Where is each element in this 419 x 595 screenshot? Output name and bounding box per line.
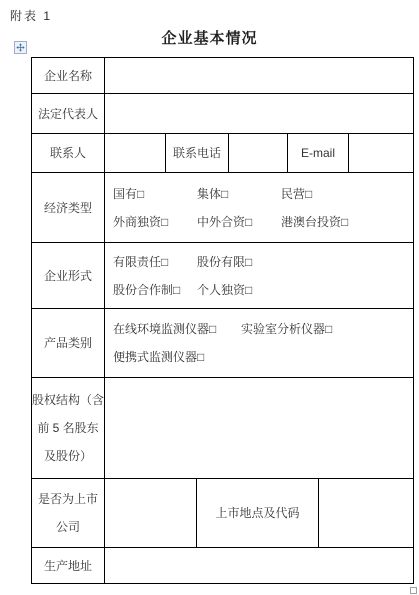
enterprise-form-option-checkbox[interactable]: 有限责任□	[113, 248, 197, 276]
listing-place-code-input-cell[interactable]	[319, 479, 414, 548]
economic-type-option-checkbox[interactable]: 港澳台投资□	[281, 215, 348, 229]
product-category-option-checkbox[interactable]: 实验室分析仪器□	[241, 322, 332, 336]
economic-type-option-checkbox[interactable]: 集体□	[197, 180, 281, 208]
legal-representative-label: 法定代表人	[32, 94, 105, 134]
economic-type-options-cell: 国有□集体□民营□ 外商独资□中外合资□港澳台投资□	[105, 173, 414, 243]
listing-place-code-label: 上市地点及代码	[197, 479, 319, 548]
equity-structure-label: 股权结构（含 前 5 名股东 及股份）	[32, 378, 105, 479]
document-page: 附表 1 企业基本情况 企业名称 法定代表人 联系人 联系电话 E-mail	[0, 0, 419, 595]
enterprise-form-option-checkbox[interactable]: 股份合作制□	[113, 276, 197, 304]
economic-type-options-line: 外商独资□中外合资□港澳台投资□	[113, 208, 413, 236]
economic-type-option-checkbox[interactable]: 外商独资□	[113, 208, 197, 236]
economic-type-option-checkbox[interactable]: 国有□	[113, 180, 197, 208]
table-row: 企业名称	[32, 58, 414, 94]
move-arrows-icon	[16, 43, 25, 52]
contact-phone-input-cell[interactable]	[229, 134, 288, 173]
enterprise-form-option-checkbox[interactable]: 个人独资□	[197, 283, 252, 297]
table-row: 产品类别 在线环境监测仪器□实验室分析仪器□ 便携式监测仪器□	[32, 309, 414, 378]
enterprise-form-label: 企业形式	[32, 243, 105, 309]
table-row: 法定代表人	[32, 94, 414, 134]
table-row: 是否为上市 公司 上市地点及代码	[32, 479, 414, 548]
appendix-label: 附表 1	[10, 7, 52, 24]
table-row: 生产地址	[32, 548, 414, 584]
table-move-handle[interactable]	[14, 41, 27, 54]
contact-person-input-cell[interactable]	[105, 134, 166, 173]
production-address-input-cell[interactable]	[105, 548, 414, 584]
economic-type-option-checkbox[interactable]: 中外合资□	[197, 208, 281, 236]
product-category-options-line: 在线环境监测仪器□实验室分析仪器□	[113, 315, 413, 343]
product-category-options-cell: 在线环境监测仪器□实验室分析仪器□ 便携式监测仪器□	[105, 309, 414, 378]
email-label: E-mail	[288, 134, 349, 173]
page-title: 企业基本情况	[0, 27, 419, 48]
table-row: 经济类型 国有□集体□民营□ 外商独资□中外合资□港澳台投资□	[32, 173, 414, 243]
product-category-options-line: 便携式监测仪器□	[113, 343, 413, 371]
email-input-cell[interactable]	[349, 134, 414, 173]
product-category-option-checkbox[interactable]: 便携式监测仪器□	[113, 350, 204, 364]
company-name-input-cell[interactable]	[105, 58, 414, 94]
enterprise-form-options-line: 股份合作制□个人独资□	[113, 276, 413, 304]
table-resize-handle[interactable]	[410, 587, 417, 594]
economic-type-options-line: 国有□集体□民营□	[113, 180, 413, 208]
economic-type-label: 经济类型	[32, 173, 105, 243]
product-category-label: 产品类别	[32, 309, 105, 378]
table-row: 股权结构（含 前 5 名股东 及股份）	[32, 378, 414, 479]
company-info-table: 企业名称 法定代表人 联系人 联系电话 E-mail 经济类型 国有□集体□民营…	[31, 57, 414, 584]
enterprise-form-options-cell: 有限责任□股份有限□ 股份合作制□个人独资□	[105, 243, 414, 309]
economic-type-option-checkbox[interactable]: 民营□	[281, 187, 312, 201]
table-row: 联系人 联系电话 E-mail	[32, 134, 414, 173]
legal-representative-input-cell[interactable]	[105, 94, 414, 134]
enterprise-form-options-line: 有限责任□股份有限□	[113, 248, 413, 276]
company-name-label: 企业名称	[32, 58, 105, 94]
listed-company-label: 是否为上市 公司	[32, 479, 105, 548]
table-row: 企业形式 有限责任□股份有限□ 股份合作制□个人独资□	[32, 243, 414, 309]
contact-person-label: 联系人	[32, 134, 105, 173]
production-address-label: 生产地址	[32, 548, 105, 584]
listed-company-input-cell[interactable]	[105, 479, 197, 548]
product-category-option-checkbox[interactable]: 在线环境监测仪器□	[113, 315, 241, 343]
enterprise-form-option-checkbox[interactable]: 股份有限□	[197, 255, 252, 269]
equity-structure-input-cell[interactable]	[105, 378, 414, 479]
contact-phone-label: 联系电话	[166, 134, 229, 173]
